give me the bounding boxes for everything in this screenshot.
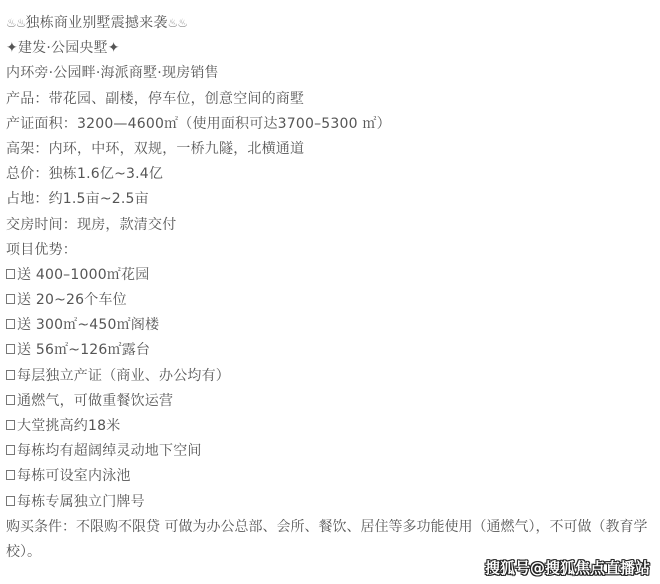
info-line-highway: 高架：内环，中环，双规，一桥九隧，北横通道	[6, 137, 656, 162]
info-line-price: 总价：独栋1.6亿~3.4亿	[6, 162, 656, 187]
checkbox-glyph-icon	[6, 294, 15, 304]
advantage-item: 大堂挑高约18米	[6, 414, 656, 439]
advantage-item: 通燃气，可做重餐饮运营	[6, 389, 656, 414]
advantage-item: 每栋均有超阔绰灵动地下空间	[6, 439, 656, 464]
info-line-land: 占地：约1.5亩~2.5亩	[6, 187, 656, 212]
subtitle-text: 建发·公园央墅	[18, 40, 108, 56]
checkbox-glyph-icon	[6, 319, 15, 329]
info-line-location: 内环旁·公园畔·海派商墅·现房销售	[6, 61, 656, 86]
advantages-heading: 项目优势：	[6, 238, 656, 263]
checkbox-glyph-icon	[6, 470, 15, 480]
advantage-item: 送 20~26个车位	[6, 288, 656, 313]
advantage-item: 每层独立产证（商业、办公均有）	[6, 364, 656, 389]
checkbox-glyph-icon	[6, 344, 15, 354]
sparkle-icon: ✦	[108, 40, 120, 56]
checkbox-glyph-icon	[6, 269, 15, 279]
watermark: 搜狐号@搜狐焦点直播站	[485, 557, 650, 578]
advantage-item: 每栋专属独立门牌号	[6, 490, 656, 515]
article-body: ♨♨独栋商业别墅震撼来袭♨♨ ✦建发·公园央墅✦ 内环旁·公园畔·海派商墅·现房…	[6, 11, 656, 565]
advantage-item: 每栋可设室内泳池	[6, 464, 656, 489]
info-line-delivery: 交房时间：现房，款清交付	[6, 213, 656, 238]
checkbox-glyph-icon	[6, 420, 15, 430]
sparkle-icon: ✦	[6, 40, 18, 56]
info-line-product: 产品：带花园、副楼，停车位，创意空间的商墅	[6, 87, 656, 112]
headline: ♨♨独栋商业别墅震撼来袭♨♨	[6, 11, 656, 36]
decoration-icon: ♨♨	[6, 11, 26, 36]
decoration-icon: ♨♨	[168, 11, 188, 36]
advantage-item: 送 300㎡~450㎡阁楼	[6, 313, 656, 338]
advantage-item: 送 56㎡~126㎡露台	[6, 338, 656, 363]
subtitle: ✦建发·公园央墅✦	[6, 36, 656, 61]
checkbox-glyph-icon	[6, 496, 15, 506]
advantage-item: 送 400–1000㎡花园	[6, 263, 656, 288]
headline-text: 独栋商业别墅震撼来袭	[26, 15, 168, 31]
checkbox-glyph-icon	[6, 395, 15, 405]
checkbox-glyph-icon	[6, 445, 15, 455]
info-line-area: 产证面积：3200—4600㎡（使用面积可达3700–5300 ㎡）	[6, 112, 656, 137]
checkbox-glyph-icon	[6, 370, 15, 380]
